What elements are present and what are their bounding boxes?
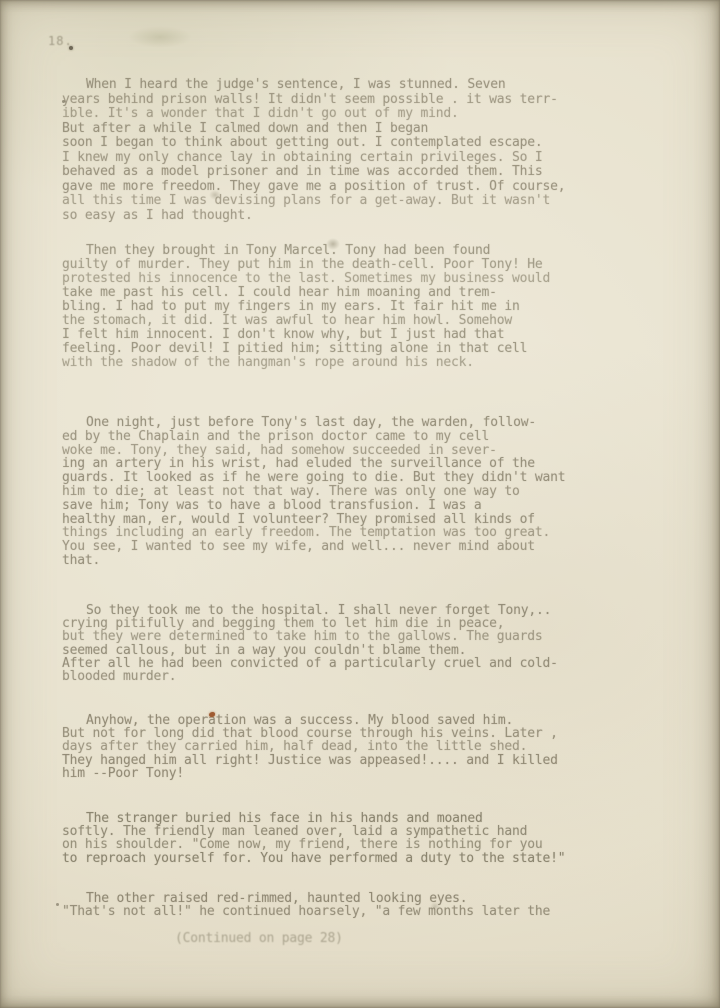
text-line: bling. I had to put my fingers in my ear…: [62, 300, 572, 314]
text-line: him --Poor Tony!: [62, 767, 572, 780]
ink-speck: [69, 46, 73, 50]
paragraph-transfusion: One night, just before Tony's last day, …: [62, 416, 572, 568]
text-line: years behind prison walls! It didn't see…: [62, 93, 572, 108]
paper-smudge: [430, 902, 440, 911]
text-line: But after a while I calmed down and then…: [62, 122, 572, 137]
text-line: I knew my only chance lay in obtaining c…: [62, 151, 572, 166]
text-line: feeling. Poor devil! I pitied him; sitti…: [62, 342, 572, 356]
text-line: on his shoulder. "Come now, my friend, t…: [62, 838, 572, 851]
paragraph-not-all: The other raised red-rimmed, haunted loo…: [62, 892, 572, 918]
ink-speck: [56, 903, 59, 906]
text-line: When I heard the judge's sentence, I was…: [62, 78, 572, 93]
text-line: You see, I wanted to see my wife, and we…: [62, 540, 572, 554]
continuation-note: (Continued on page 28): [175, 931, 343, 946]
text-line: soon I began to think about getting out.…: [62, 136, 572, 151]
text-line: "That's not all!" he continued hoarsely,…: [62, 905, 572, 918]
text-line: take me past his cell. I could hear him …: [62, 286, 572, 300]
text-line: so easy as I had thought.: [62, 209, 572, 224]
text-line: with the shadow of the hangman's rope ar…: [62, 356, 572, 370]
text-line: protested his innocence to the last. Som…: [62, 272, 572, 286]
paper-smudge: [209, 190, 221, 200]
text-line: One night, just before Tony's last day, …: [62, 416, 572, 430]
text-line: all this time I was devising plans for a…: [62, 194, 572, 209]
paper-smudge: [128, 26, 192, 48]
text-line: to reproach yourself for. You have perfo…: [62, 852, 572, 865]
paragraph-tony-marcel: Then they brought in Tony Marcel. Tony h…: [62, 244, 572, 370]
text-line: blooded murder.: [62, 670, 572, 683]
text-line: save him; Tony was to have a blood trans…: [62, 499, 572, 513]
text-line: ed by the Chaplain and the prison doctor…: [62, 430, 572, 444]
text-line: him to die; at least not that way. There…: [62, 485, 572, 499]
text-line: They hanged him all right! Justice was a…: [62, 754, 572, 767]
text-line: the stomach, it did. It was awful to hea…: [62, 314, 572, 328]
scanned-page: 18. When I heard the judge's sentence, I…: [0, 0, 720, 1008]
text-line: guards. It looked as if he were going to…: [62, 471, 572, 485]
text-line: that.: [62, 554, 572, 568]
ink-speck: [62, 100, 65, 103]
paragraph-stranger: The stranger buried his face in his hand…: [62, 812, 572, 865]
paragraph-execution: Anyhow, the operation was a success. My …: [62, 714, 572, 780]
text-line: woke me. Tony, they said, had somehow su…: [62, 444, 572, 458]
text-line: Then they brought in Tony Marcel. Tony h…: [62, 244, 572, 258]
text-line: but they were determined to take him to …: [62, 630, 572, 643]
paper-smudge: [326, 238, 340, 250]
paragraph-hospital: So they took me to the hospital. I shall…: [62, 604, 572, 683]
text-line: I felt him innocent. I don't know why, b…: [62, 328, 572, 342]
paragraph-sentencing: When I heard the judge's sentence, I was…: [62, 78, 572, 223]
text-line: days after they carried him, half dead, …: [62, 740, 572, 753]
text-line: guilty of murder. They put him in the de…: [62, 258, 572, 272]
text-line: ible. It's a wonder that I didn't go out…: [62, 107, 572, 122]
text-line: behaved as a model prisoner and in time …: [62, 165, 572, 180]
text-line: seemed callous, but in a way you couldn'…: [62, 644, 572, 657]
text-line: gave me more freedom. They gave me a pos…: [62, 180, 572, 195]
